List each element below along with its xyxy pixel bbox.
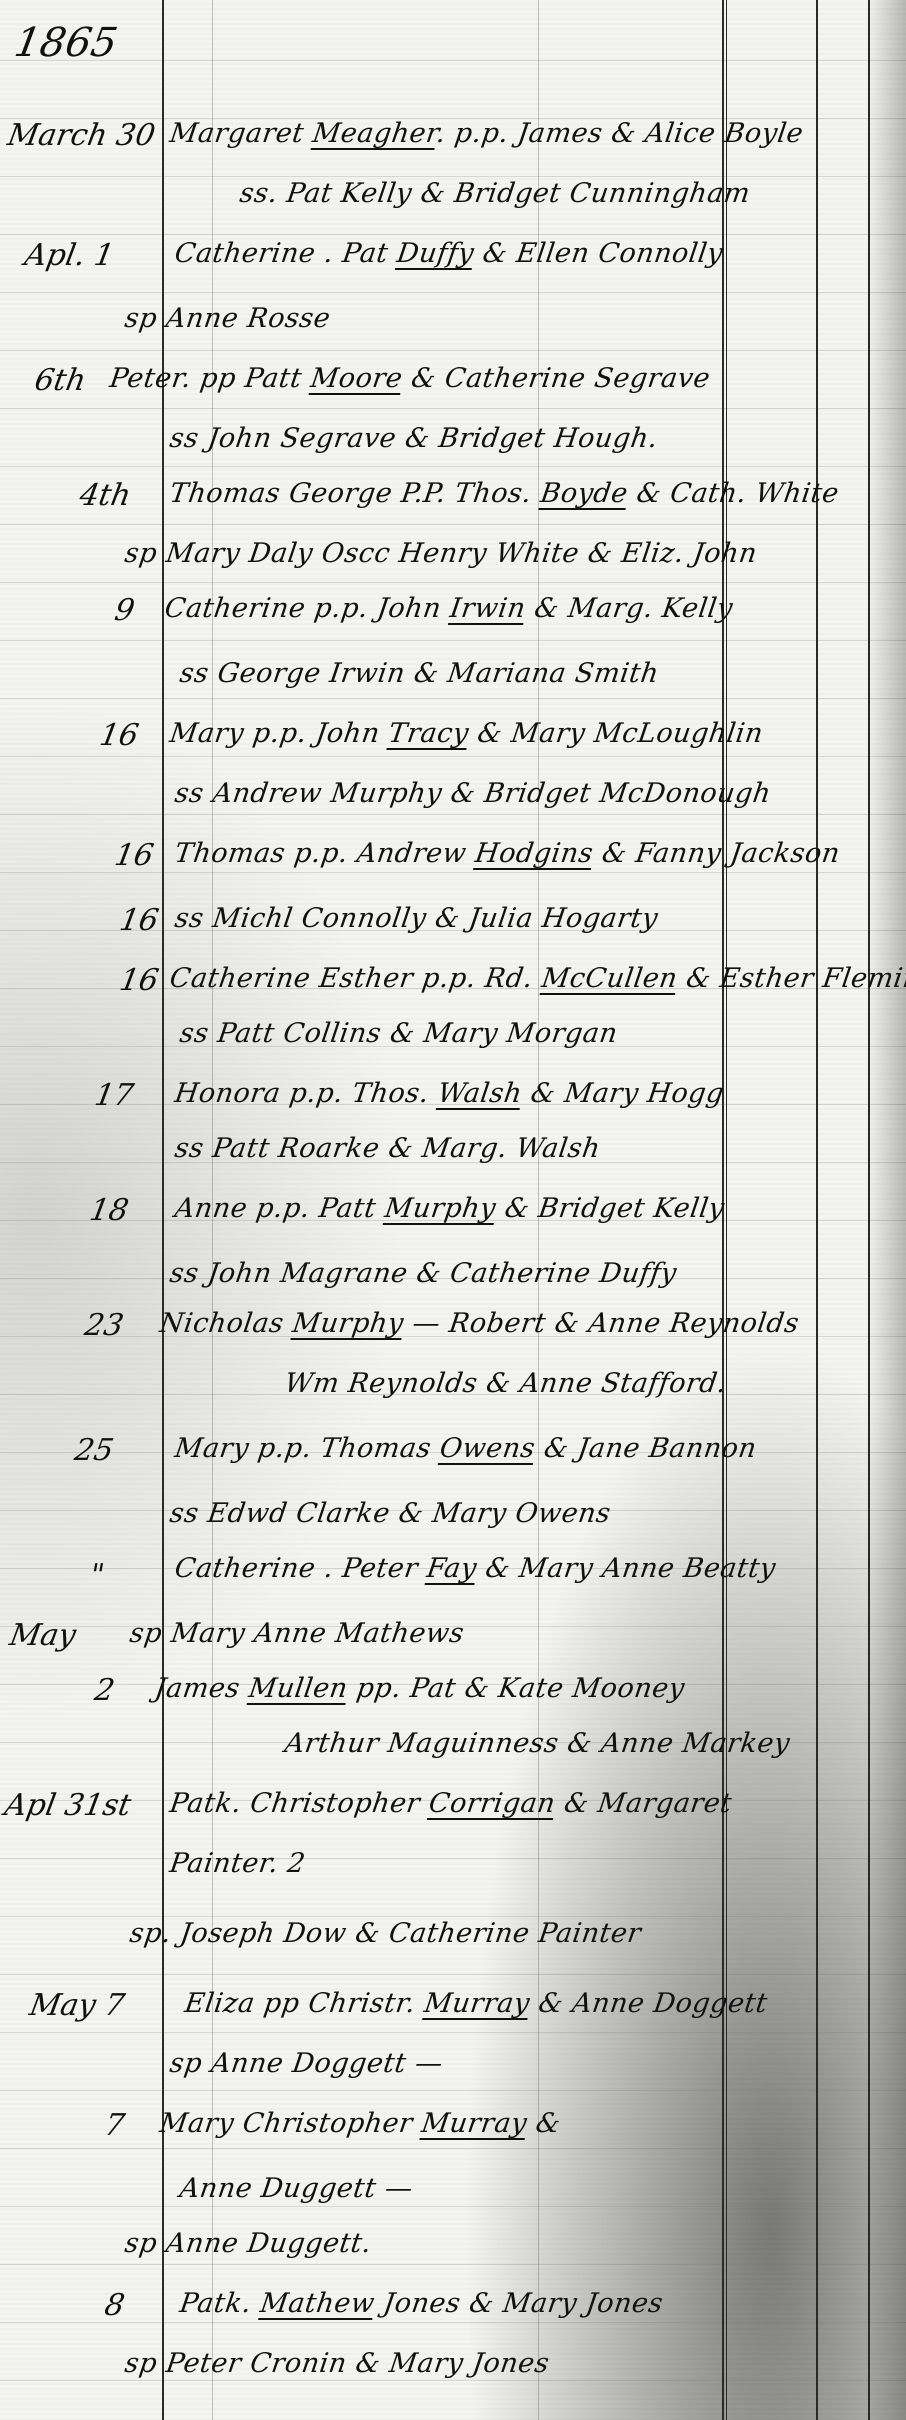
entry-text: Catherine Esther p.p. Rd. (168, 963, 544, 994)
register-entry-line: Mary p.p. John Tracy & Mary McLoughlin (168, 718, 765, 749)
entry-text: Margaret (168, 118, 315, 149)
ruled-line (0, 1916, 906, 1917)
register-entry-line: Mary Christopher Murray & (158, 2108, 563, 2139)
entry-text: & Marg. Kelly (523, 593, 735, 624)
entry-surname: Mullen (247, 1673, 350, 1704)
register-entry-line: Patk. Christopher Corrigan & Margaret (168, 1788, 734, 1819)
register-entry-line: Anne Duggett — (178, 2173, 415, 2204)
column-rule-double-b (726, 0, 727, 2420)
entry-surname: Tracy (387, 718, 471, 749)
entry-text: Peter. pp Patt (108, 363, 313, 394)
date-mark: 6th (32, 363, 89, 398)
entry-surname: Walsh (436, 1078, 524, 1109)
entry-text: Catherine . Peter (173, 1553, 429, 1584)
entry-text: ss. Pat Kelly & Bridget Cunningham (238, 178, 752, 209)
entry-text: & (525, 2108, 563, 2139)
entry-text: ss John Magrane & Catherine Duffy (168, 1258, 679, 1289)
entry-text: pp. Pat & Kate Mooney (345, 1673, 686, 1704)
register-entry-line: Catherine p.p. John Irwin & Marg. Kelly (163, 593, 735, 624)
register-entry-line: Arthur Maguinness & Anne Markey (283, 1728, 792, 1759)
register-entry-line: Eliza pp Christr. Murray & Anne Doggett (183, 1988, 770, 2019)
ruled-line (0, 1974, 906, 1975)
entry-text: James (153, 1673, 251, 1704)
date-mark: 16 (97, 718, 141, 753)
entry-text: Jones & Mary Jones (372, 2288, 665, 2319)
entry-text: & Mary Anne Beatty (474, 1553, 777, 1584)
column-rule (816, 0, 818, 2420)
entry-text: sp Peter Cronin & Mary Jones (123, 2348, 552, 2379)
date-mark: March 30 (5, 118, 158, 153)
ruled-line (0, 582, 906, 583)
entry-text: sp Mary Daly Oscc Henry White & Eliz. Jo… (123, 538, 759, 569)
date-mark: Apl. 1 (22, 238, 117, 273)
register-entry-line: ss Patt Collins & Mary Morgan (178, 1018, 620, 1049)
entry-text: Nicholas (158, 1308, 295, 1339)
ruled-line (0, 2090, 906, 2091)
entry-text: ss George Irwin & Mariana Smith (178, 658, 661, 689)
ruled-line (0, 292, 906, 293)
register-entry-line: sp Anne Rosse (123, 303, 333, 334)
entry-text: Painter. 2 (168, 1848, 308, 1879)
date-mark: 17 (92, 1078, 136, 1113)
register-entry-line: ss John Magrane & Catherine Duffy (168, 1258, 679, 1289)
entry-text: ss Michl Connolly & Julia Hogarty (173, 903, 660, 934)
entry-surname: McCullen (540, 963, 680, 994)
entry-surname: Owens (438, 1433, 537, 1464)
ruled-line (0, 814, 906, 815)
entry-text: Arthur Maguinness & Anne Markey (283, 1728, 792, 1759)
ruled-line (0, 234, 906, 235)
entry-text: Thomas p.p. Andrew (173, 838, 478, 869)
ruled-line (0, 2206, 906, 2207)
ruled-line (0, 176, 906, 177)
register-entry-line: Thomas p.p. Andrew Hodgins & Fanny Jacks… (173, 838, 842, 869)
ruled-line (0, 350, 906, 351)
entry-surname: Murphy (383, 1193, 498, 1224)
ruled-line (0, 2032, 906, 2033)
entry-text: Mary Christopher (158, 2108, 424, 2139)
entry-text: & Margaret (553, 1788, 734, 1819)
entry-text: ss Andrew Murphy & Bridget McDonough (173, 778, 773, 809)
entry-text: & Catherine Segrave (400, 363, 712, 394)
entry-text: Honora p.p. Thos. (173, 1078, 440, 1109)
entry-text: & Mary McLoughlin (466, 718, 765, 749)
register-entry-line: ss George Irwin & Mariana Smith (178, 658, 661, 689)
entry-text: Thomas George P.P. Thos. (168, 478, 543, 509)
entry-text: & Fanny Jackson (591, 838, 842, 869)
page-edge-shadow (866, 0, 906, 2420)
entry-surname: Mathew (258, 2288, 376, 2319)
entry-text: Anne Duggett — (178, 2173, 415, 2204)
entry-text: & Mary Hogg (520, 1078, 726, 1109)
date-mark: 4th (77, 478, 134, 513)
register-entry-line: Anne p.p. Patt Murphy & Bridget Kelly (173, 1193, 727, 1224)
ruled-line (0, 524, 906, 525)
ruled-line (0, 1858, 906, 1859)
entry-text: ss Edwd Clarke & Mary Owens (168, 1498, 613, 1529)
register-entry-line: sp Mary Daly Oscc Henry White & Eliz. Jo… (123, 538, 759, 569)
entry-surname: Fay (425, 1553, 479, 1584)
register-entry-line: ss John Segrave & Bridget Hough. (168, 423, 660, 454)
entry-surname: Murray (420, 2108, 530, 2139)
entry-text: sp Mary Anne Mathews (128, 1618, 466, 1649)
date-mark: May (7, 1618, 79, 1653)
entry-text: Catherine p.p. John (163, 593, 453, 624)
entry-surname: Hodgins (473, 838, 595, 869)
ruled-line (0, 698, 906, 699)
register-entry-line: Catherine . Pat Duffy & Ellen Connolly (173, 238, 725, 269)
ruled-line (0, 60, 906, 61)
date-mark: 25 (72, 1433, 116, 1468)
entry-text: ss John Segrave & Bridget Hough. (168, 423, 660, 454)
register-entry-line: Thomas George P.P. Thos. Boyde & Cath. W… (168, 478, 841, 509)
register-entry-line: ss Edwd Clarke & Mary Owens (168, 1498, 613, 1529)
register-entry-line: Nicholas Murphy — Robert & Anne Reynolds (158, 1308, 801, 1339)
register-entry-line: Mary p.p. Thomas Owens & Jane Bannon (173, 1433, 759, 1464)
entry-text: . p.p. James & Alice Boyle (435, 118, 806, 149)
entry-text: sp Anne Duggett. (123, 2228, 374, 2259)
register-entry-line: James Mullen pp. Pat & Kate Mooney (153, 1673, 687, 1704)
entry-text: & Cath. White (626, 478, 841, 509)
entry-surname: Boyde (538, 478, 629, 509)
date-mark: Apl 31st (2, 1788, 134, 1823)
entry-surname: Corrigan (427, 1788, 557, 1819)
entry-text: & Anne Doggett (527, 1988, 769, 2019)
entry-surname: Irwin (448, 593, 528, 624)
entry-surname: Murray (422, 1988, 532, 2019)
entry-text: & Bridget Kelly (494, 1193, 727, 1224)
date-mark: 16 (117, 963, 161, 998)
entry-text: Anne p.p. Patt (173, 1193, 387, 1224)
register-entry-line: Patk. Mathew Jones & Mary Jones (178, 2288, 665, 2319)
register-entry-line: Wm Reynolds & Anne Stafford. (283, 1368, 729, 1399)
ruled-line (0, 640, 906, 641)
entry-text: sp Anne Doggett — (168, 2048, 445, 2079)
entry-text: Eliza pp Christr. (183, 1988, 427, 2019)
entry-text: sp Anne Rosse (123, 303, 333, 334)
entry-text: — Robert & Anne Reynolds (401, 1308, 801, 1339)
register-entry-line: ss Patt Roarke & Marg. Walsh (173, 1133, 603, 1164)
register-entry-line: Peter. pp Patt Moore & Catherine Segrave (108, 363, 712, 394)
date-mark: 23 (82, 1308, 126, 1343)
entry-text: sp. Joseph Dow & Catherine Painter (128, 1918, 643, 1949)
entry-text: & Ellen Connolly (472, 238, 725, 269)
entry-text: Mary p.p. John (168, 718, 391, 749)
register-entry-line: ss Michl Connolly & Julia Hogarty (173, 903, 660, 934)
ruled-line (0, 2148, 906, 2149)
entry-text: & Esther Fleming (675, 963, 906, 994)
ruled-line (0, 466, 906, 467)
date-mark: 16 (117, 903, 161, 938)
register-entry-line: ss Andrew Murphy & Bridget McDonough (173, 778, 773, 809)
register-entry-line: sp Anne Doggett — (168, 2048, 445, 2079)
register-entry-line: Painter. 2 (168, 1848, 308, 1879)
register-entry-line: sp Mary Anne Mathews (128, 1618, 466, 1649)
entry-surname: Murphy (291, 1308, 406, 1339)
entry-text: ss Patt Roarke & Marg. Walsh (173, 1133, 603, 1164)
register-entry-line: Catherine . Peter Fay & Mary Anne Beatty (173, 1553, 778, 1584)
date-mark: 16 (112, 838, 156, 873)
register-entry-line: Honora p.p. Thos. Walsh & Mary Hogg (173, 1078, 726, 1109)
entry-surname: Moore (309, 363, 405, 394)
ruled-line (0, 2322, 906, 2323)
ruled-line (0, 756, 906, 757)
entry-text: Patk. (178, 2288, 263, 2319)
ruled-line (0, 2264, 906, 2265)
ruled-line (0, 2380, 906, 2381)
entry-text: Wm Reynolds & Anne Stafford. (283, 1368, 729, 1399)
register-entry-line: sp Anne Duggett. (123, 2228, 374, 2259)
register-entry-line: Catherine Esther p.p. Rd. McCullen & Est… (168, 963, 906, 994)
entry-text: Patk. Christopher (168, 1788, 431, 1819)
entry-surname: Duffy (395, 238, 476, 269)
register-entry-line: Margaret Meagher. p.p. James & Alice Boy… (168, 118, 805, 149)
date-mark: May 7 (27, 1988, 127, 2023)
year-heading: 1865 (11, 20, 121, 66)
register-entry-line: ss. Pat Kelly & Bridget Cunningham (238, 178, 752, 209)
entry-text: Catherine . Pat (173, 238, 399, 269)
entry-text: ss Patt Collins & Mary Morgan (178, 1018, 620, 1049)
entry-surname: Meagher (311, 118, 439, 149)
ruled-line (0, 408, 906, 409)
register-entry-line: sp Peter Cronin & Mary Jones (123, 2348, 552, 2379)
register-entry-line: sp. Joseph Dow & Catherine Painter (128, 1918, 643, 1949)
date-mark: 18 (87, 1193, 131, 1228)
entry-text: & Jane Bannon (533, 1433, 759, 1464)
entry-text: Mary p.p. Thomas (173, 1433, 442, 1464)
